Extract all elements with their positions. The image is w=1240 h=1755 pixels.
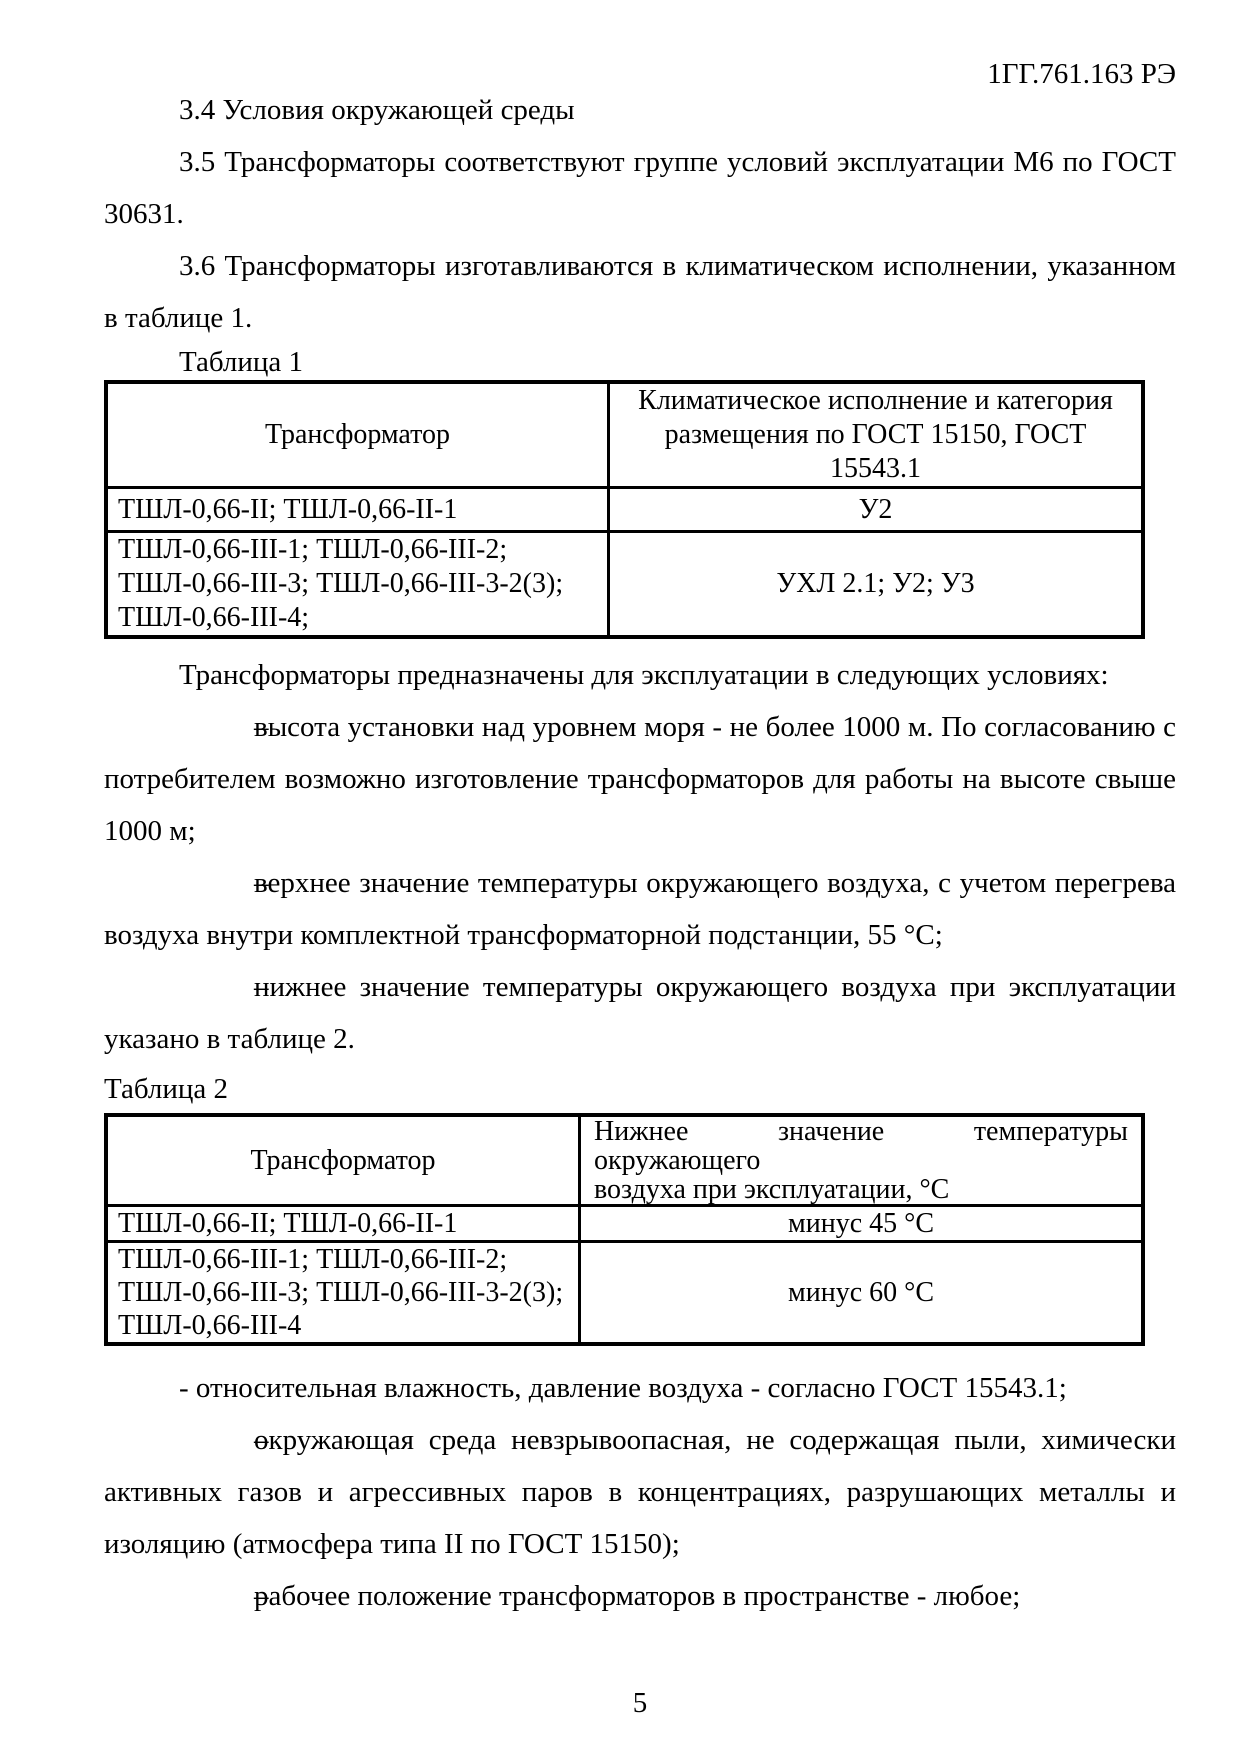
table-row: ТШЛ-0,66-III-1; ТШЛ-0,66-III-2;ТШЛ-0,66-… — [106, 1242, 1143, 1345]
text-line: указано в таблице 2. — [104, 1013, 1176, 1065]
text-line: - относительная влажность, давление возд… — [104, 1362, 1176, 1414]
cell-transformer-list: ТШЛ-0,66-III-1; ТШЛ-0,66-III-2;ТШЛ-0,66-… — [106, 1242, 580, 1345]
cell-line: ТШЛ-0,66-II; ТШЛ-0,66-II-1 — [118, 493, 607, 527]
cell-line: ТШЛ-0,66-III-4; — [118, 601, 607, 635]
paragraph: - относительная влажность, давление возд… — [104, 1362, 1176, 1414]
cell-value: УХЛ 2.1; У2; У3 — [609, 532, 1144, 638]
text-line: 3.6 Трансформаторы изготавливаются в кли… — [104, 240, 1176, 292]
paragraph: 3.5 Трансформаторы соответствуют группе … — [104, 136, 1176, 240]
table-row: ТШЛ-0,66-II; ТШЛ-0,66-II-1У2 — [106, 488, 1143, 532]
paragraph: –рабочее положение трансформаторов в про… — [104, 1570, 1176, 1622]
cell-transformer-list: ТШЛ-0,66-II; ТШЛ-0,66-II-1 — [106, 488, 609, 532]
text-line: Трансформаторы предназначены для эксплуа… — [104, 649, 1176, 701]
table-header-row: ТрансформаторКлиматическое исполнение и … — [106, 382, 1143, 488]
paragraph: –высота установки над уровнем моря - не … — [104, 701, 1176, 857]
list-dash: – — [179, 961, 254, 1013]
text-line: потребителем возможно изготовление транс… — [104, 753, 1176, 805]
cell-value: У2 — [609, 488, 1144, 532]
paragraph: Трансформаторы предназначены для эксплуа… — [104, 649, 1176, 701]
paragraph: –верхнее значение температуры окружающег… — [104, 857, 1176, 961]
text-line: воздуха внутри комплектной трансформатор… — [104, 909, 1176, 961]
cell-line: Климатическое исполнение и категория — [610, 384, 1141, 418]
paragraph: –нижнее значение температуры окружающего… — [104, 961, 1176, 1065]
text-line: 3.4 Условия окружающей среды — [104, 84, 1176, 136]
table-header-row: ТрансформаторНижнее значение температуры… — [106, 1115, 1143, 1206]
header-cell-value: Климатическое исполнение и категорияразм… — [609, 382, 1144, 488]
list-dash: – — [179, 1414, 254, 1466]
cell-line: ТШЛ-0,66-III-4 — [118, 1309, 578, 1342]
cell-line: ТШЛ-0,66-III-1; ТШЛ-0,66-III-2; — [118, 533, 607, 567]
paragraph: 3.4 Условия окружающей среды — [104, 84, 1176, 136]
cell-line: ТШЛ-0,66-III-1; ТШЛ-0,66-III-2; — [118, 1243, 578, 1276]
cell-line: размещения по ГОСТ 15150, ГОСТ — [610, 418, 1141, 452]
cell-line: ТШЛ-0,66-II; ТШЛ-0,66-II-1 — [118, 1207, 578, 1240]
text-line: в таблице 1. — [104, 292, 1176, 344]
text-line: 1000 м; — [104, 805, 1176, 857]
table-row: ТШЛ-0,66-III-1; ТШЛ-0,66-III-2;ТШЛ-0,66-… — [106, 532, 1143, 638]
table-2-caption: Таблица 2 — [104, 1065, 1176, 1113]
cell-transformer-list: ТШЛ-0,66-II; ТШЛ-0,66-II-1 — [106, 1206, 580, 1242]
text-line: –высота установки над уровнем моря - не … — [104, 701, 1176, 753]
document-body: 3.4 Условия окружающей среды3.5 Трансфор… — [104, 0, 1176, 1729]
table-1-caption: Таблица 1 — [104, 344, 1176, 380]
text-line: –рабочее положение трансформаторов в про… — [104, 1570, 1176, 1622]
paragraph: –окружающая среда невзрывоопасная, не со… — [104, 1414, 1176, 1570]
cell-line: Нижнее значение температуры окружающего — [594, 1117, 1128, 1175]
table-2: ТрансформаторНижнее значение температуры… — [104, 1113, 1145, 1346]
text-line: активных газов и агрессивных паров в кон… — [104, 1466, 1176, 1518]
paragraph: 3.6 Трансформаторы изготавливаются в кли… — [104, 240, 1176, 344]
document-page: 1ГГ.761.163 РЭ 3.4 Условия окружающей ср… — [0, 0, 1240, 1755]
cell-line: ТШЛ-0,66-III-3; ТШЛ-0,66-III-3-2(3); — [118, 1276, 578, 1309]
list-dash: – — [179, 857, 254, 909]
cell-value: минус 45 °С — [580, 1206, 1144, 1242]
header-cell-transformer: Трансформатор — [106, 1115, 580, 1206]
cell-line: воздуха при эксплуатации, °С — [594, 1175, 1128, 1204]
list-dash: – — [179, 1570, 254, 1622]
cell-line: ТШЛ-0,66-III-3; ТШЛ-0,66-III-3-2(3); — [118, 567, 607, 601]
cell-line: 15543.1 — [610, 452, 1141, 486]
table-1: ТрансформаторКлиматическое исполнение и … — [104, 380, 1145, 639]
text-line: –окружающая среда невзрывоопасная, не со… — [104, 1414, 1176, 1466]
text-line: –верхнее значение температуры окружающег… — [104, 857, 1176, 909]
header-cell-transformer: Трансформатор — [106, 382, 609, 488]
header-cell-value: Нижнее значение температуры окружающегов… — [580, 1115, 1144, 1206]
text-line: 3.5 Трансформаторы соответствуют группе … — [104, 136, 1176, 188]
page-number: 5 — [104, 1677, 1176, 1729]
list-dash: – — [179, 701, 254, 753]
text-line: изоляцию (атмосфера типа II по ГОСТ 1515… — [104, 1518, 1176, 1570]
cell-value: минус 60 °С — [580, 1242, 1144, 1345]
cell-transformer-list: ТШЛ-0,66-III-1; ТШЛ-0,66-III-2;ТШЛ-0,66-… — [106, 532, 609, 638]
text-line: –нижнее значение температуры окружающего… — [104, 961, 1176, 1013]
table-row: ТШЛ-0,66-II; ТШЛ-0,66-II-1минус 45 °С — [106, 1206, 1143, 1242]
text-line: 30631. — [104, 188, 1176, 240]
